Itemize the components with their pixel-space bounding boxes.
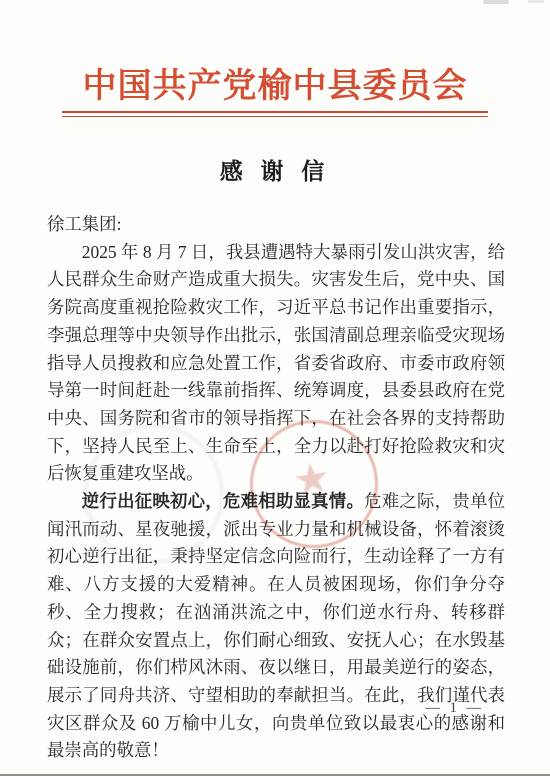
scan-smudge <box>483 0 509 4</box>
paragraph-2: 逆行出征映初心，危难相助显真情。危难之际，贵单位闻汛而动、星夜驰援，派出专业力量… <box>47 488 505 765</box>
letterhead-double-rule <box>62 111 488 117</box>
paragraph-2-rest: 危难之际，贵单位闻汛而动、星夜驰援，派出专业力量和机械设备，怀着滚烫初心逆行出征… <box>47 491 505 760</box>
paragraph-1: 2025 年 8 月 7 日，我县遭遇特大暴雨引发山洪灾害，给人民群众生命财产造… <box>47 239 505 488</box>
letter-body: 徐工集团: 2025 年 8 月 7 日，我县遭遇特大暴雨引发山洪灾害，给人民群… <box>47 211 505 765</box>
letterhead-org-title: 中国共产党榆中县委员会 <box>0 58 550 107</box>
scan-smudge <box>528 0 544 3</box>
scanned-thank-you-letter-page: ★ 中国共产党榆中县委员会 感 谢 信 徐工集团: 2025 年 8 月 7 日… <box>0 0 550 776</box>
salutation: 徐工集团: <box>47 211 505 239</box>
letter-title: 感 谢 信 <box>0 153 550 186</box>
paragraph-2-bold-lead: 逆行出征映初心，危难相助显真情。 <box>82 491 364 511</box>
page-number: — 1 — <box>426 700 485 717</box>
